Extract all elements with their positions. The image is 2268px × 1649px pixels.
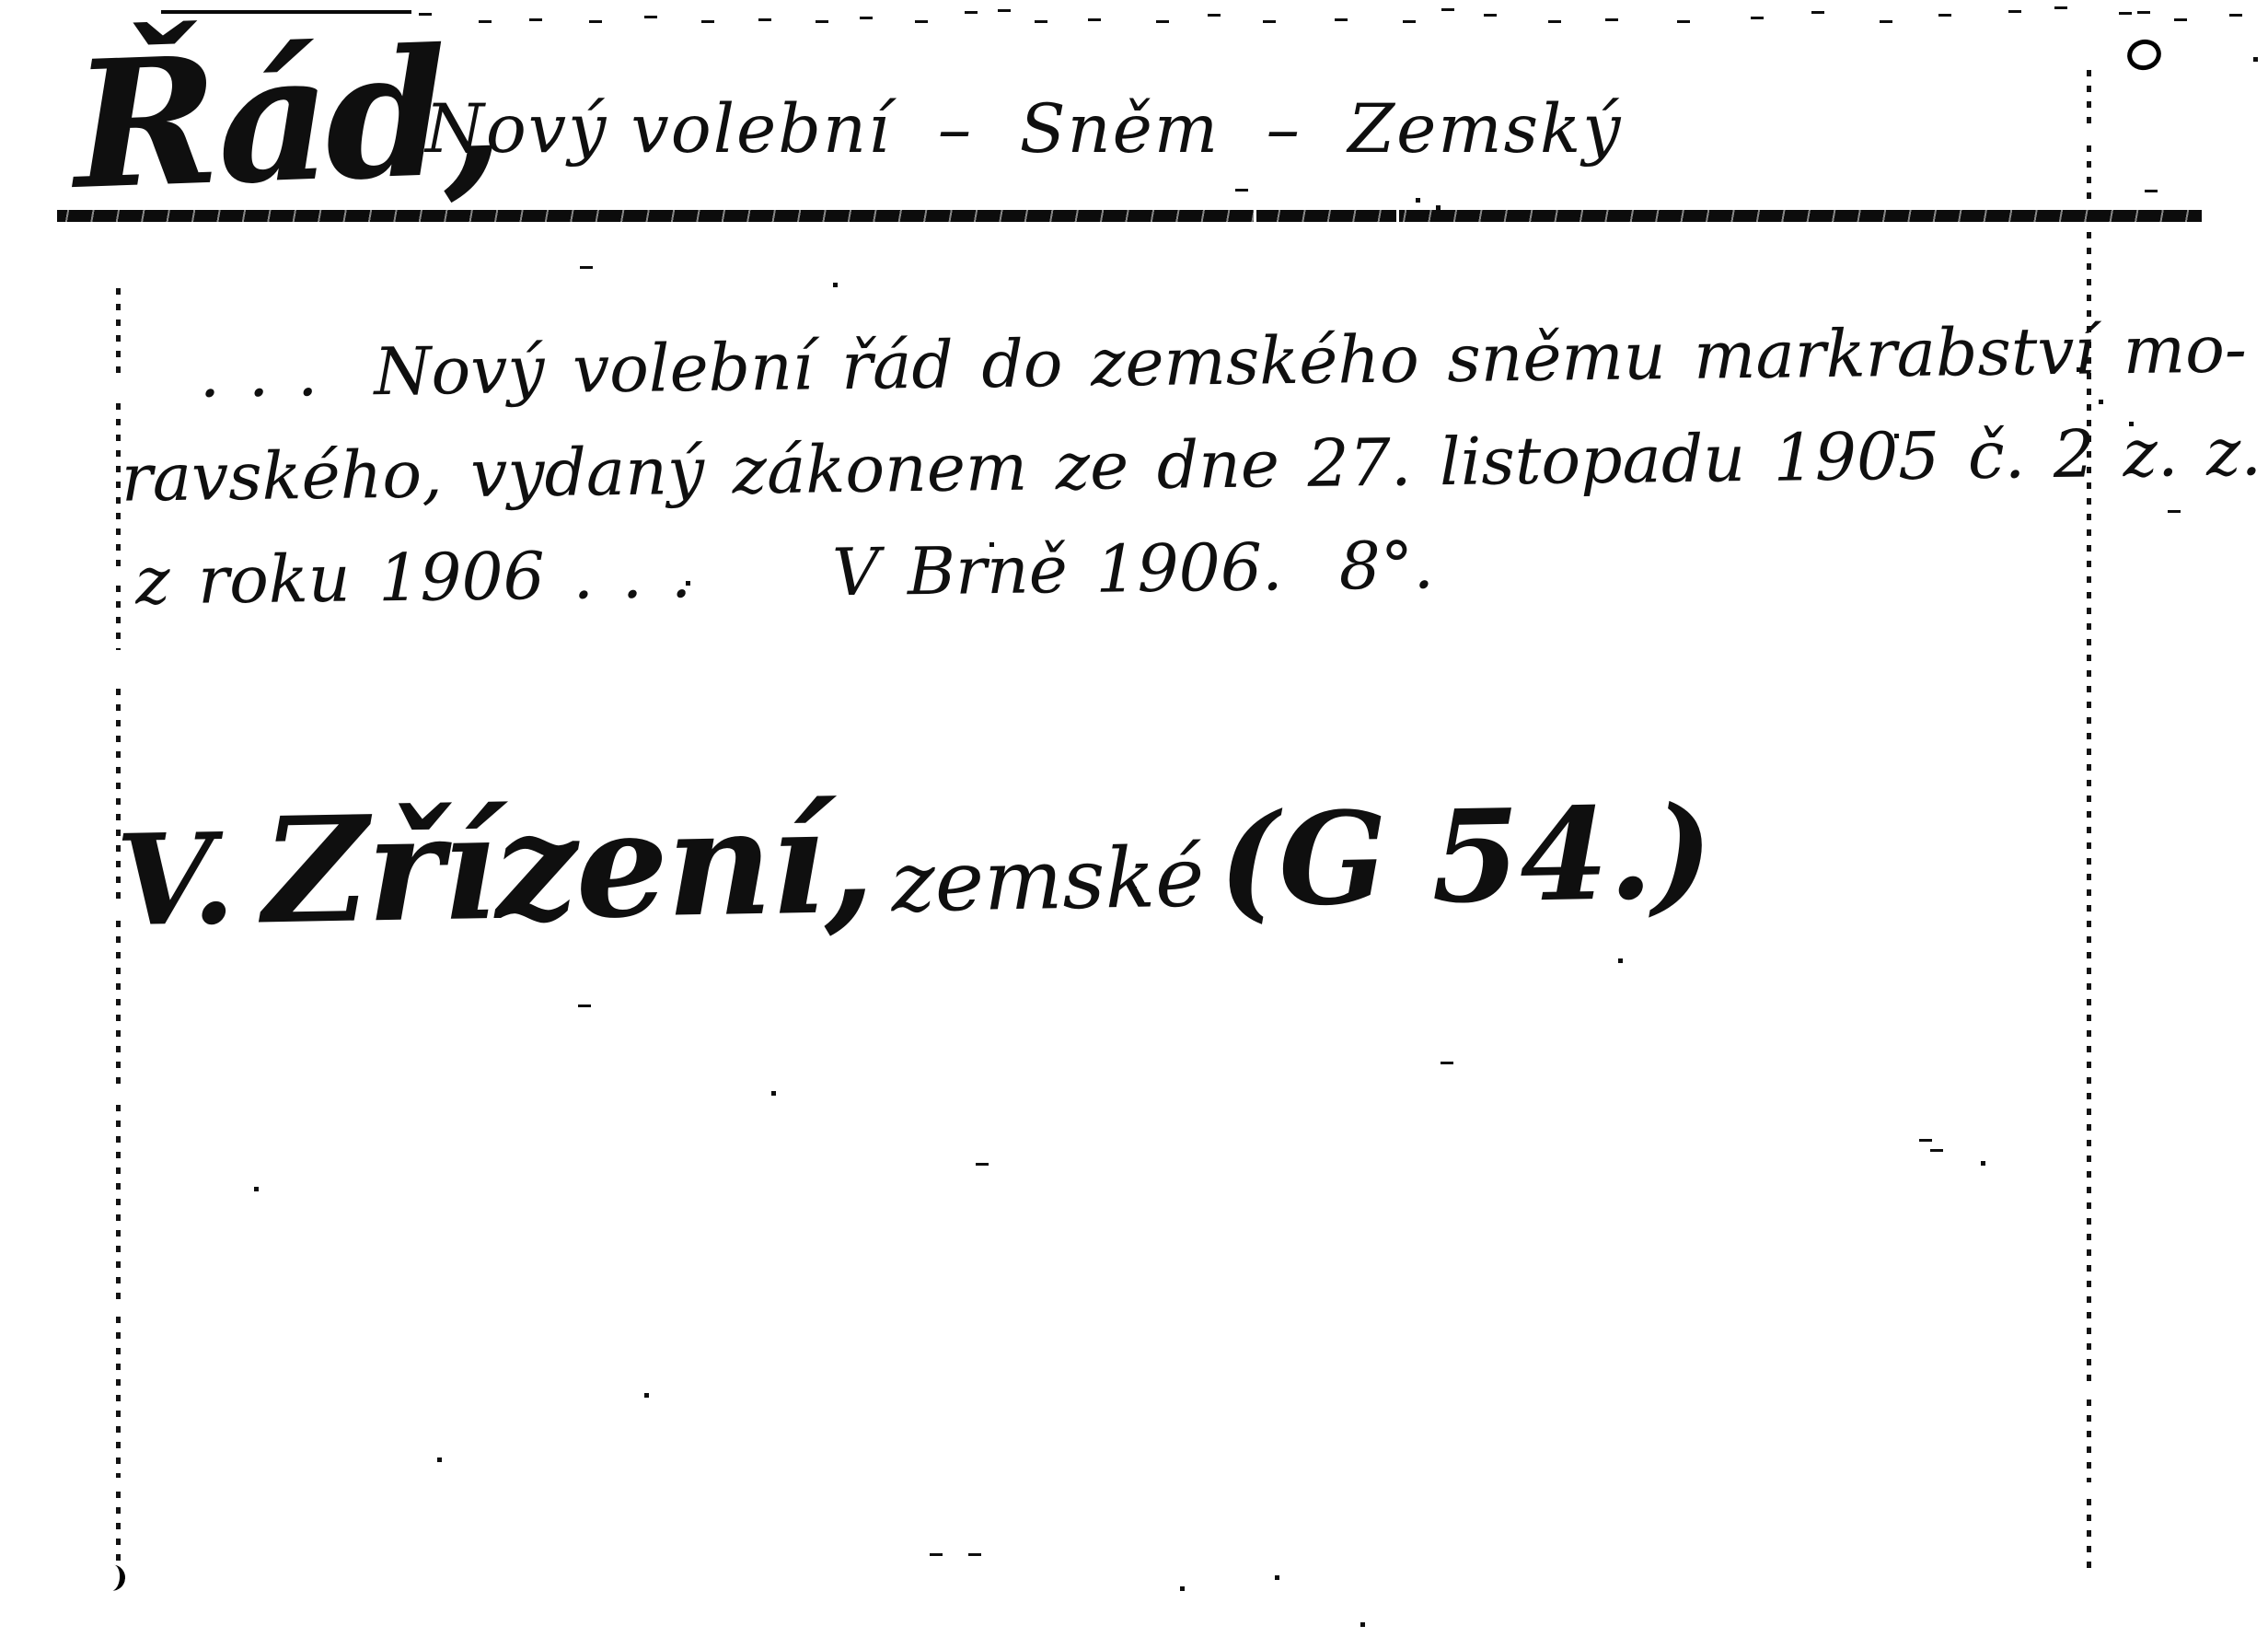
left-margin-dotted-line (116, 1105, 121, 1303)
right-margin-dotted-line (2087, 1399, 2091, 1482)
rule-gap (1254, 210, 1256, 222)
cross-reference-line: V. Zřízení, zemské (G 54.) (115, 761, 1714, 959)
header-rule (57, 210, 2202, 222)
cross-reference-shelfmark: (G 54.) (1218, 777, 1714, 935)
card-heading-subtitle: Nový volební – Sněm – Zemský (425, 96, 1623, 163)
entry-line: ravského, vydaný zákonem ze dne 27. list… (121, 419, 2262, 510)
left-margin-dotted-line (116, 403, 121, 569)
right-margin-dotted-line (2087, 145, 2091, 203)
cross-reference-term: Zřízení, (261, 776, 874, 958)
pen-stroke-mark (108, 1564, 126, 1591)
rule-gap (1396, 210, 1399, 222)
entry-line: . . . Nový volební řád do zemského sněmu… (199, 316, 2247, 406)
left-margin-dotted-line (116, 586, 121, 650)
circle-mark-icon (2124, 36, 2165, 74)
left-margin-dotted-line (116, 1317, 121, 1478)
cross-reference-prefix: V. (115, 806, 237, 955)
cross-reference-qualifier: zemské (890, 830, 1205, 932)
entry-line: z roku 1906 . . . V Brně 1906. 8°. (135, 532, 1435, 613)
right-margin-dotted-line (2087, 1499, 2091, 1577)
left-margin-dotted-line (116, 288, 121, 380)
left-margin-dotted-line (116, 1492, 121, 1570)
catalog-card-scan: Řád, Nový volební – Sněm – Zemský . . . … (0, 0, 2268, 1649)
entry-paragraph: . . . Nový volební řád do zemského sněmu… (127, 291, 2175, 684)
right-margin-dotted-line (2087, 70, 2091, 133)
